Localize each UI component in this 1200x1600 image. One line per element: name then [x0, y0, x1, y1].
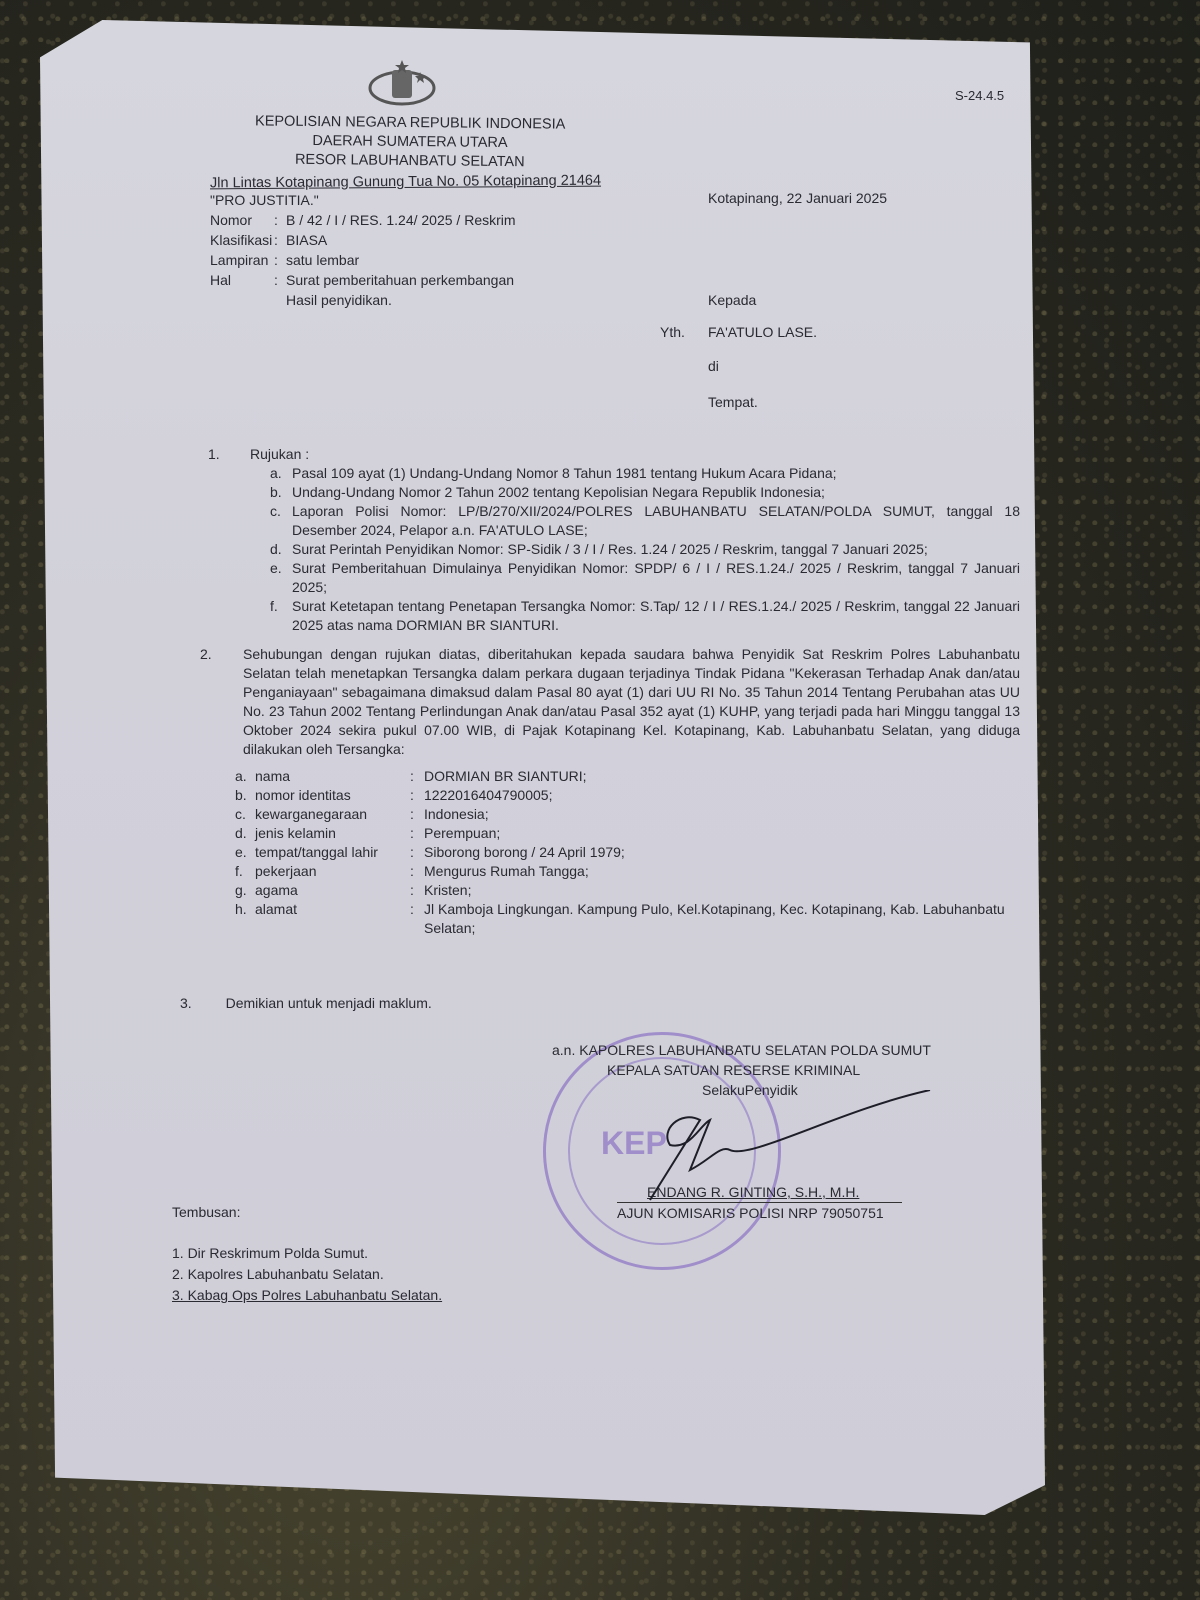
meta-row: Lampiran:satu lembar — [210, 250, 516, 270]
letterhead-line3: RESOR LABUHANBATU SELATAN — [240, 150, 580, 173]
letterhead-line1: KEPOLISIAN NEGARA REPUBLIK INDONESIA — [240, 112, 580, 135]
suspect-field: b.nomor identitas:1222016404790005; — [235, 786, 1020, 805]
meta-row: Hal:Surat pemberitahuan perkembangan — [210, 270, 516, 290]
recipient-name: FA'ATULO LASE. — [708, 322, 817, 342]
rujukan-item: d.Surat Perintah Penyidikan Nomor: SP-Si… — [270, 540, 1020, 559]
pro-justitia: "PRO JUSTITIA." — [210, 190, 516, 210]
suspect-field: a.nama:DORMIAN BR SIANTURI; — [235, 767, 1020, 786]
sign-line1: a.n. KAPOLRES LABUHANBATU SELATAN POLDA … — [552, 1040, 972, 1060]
recipient-block: Kepada Yth.FA'ATULO LASE. di Tempat. — [660, 290, 817, 412]
tempat-label: Tempat. — [708, 392, 758, 412]
suspect-field: e.tempat/tanggal lahir:Siborong borong /… — [235, 843, 1020, 862]
tembusan-item: 2. Kapolres Labuhanbatu Selatan. — [172, 1264, 442, 1285]
section-2-text: Sehubungan dengan rujukan diatas, diberi… — [243, 645, 1020, 759]
tembusan-item: 3. Kabag Ops Polres Labuhanbatu Selatan. — [172, 1285, 442, 1306]
section-3: 3. Demikian untuk menjadi maklum. — [180, 993, 432, 1013]
meta-row: Hasil penyidikan. — [210, 290, 516, 310]
rujukan-item: f.Surat Ketetapan tentang Penetapan Ters… — [270, 597, 1020, 635]
rujukan-item: e.Surat Pemberitahuan Dimulainya Penyidi… — [270, 559, 1020, 597]
police-emblem-icon — [362, 58, 442, 108]
letter-body: 1. Rujukan : a.Pasal 109 ayat (1) Undang… — [200, 445, 1020, 938]
rujukan-item: c.Laporan Polisi Nomor: LP/B/270/XII/202… — [270, 502, 1020, 540]
suspect-identity-list: a.nama:DORMIAN BR SIANTURI;b.nomor ident… — [235, 767, 1020, 938]
section-1-title: Rujukan : — [250, 445, 1020, 464]
suspect-field: c.kewarganegaraan:Indonesia; — [235, 805, 1020, 824]
suspect-field: h.alamat:Jl Kamboja Lingkungan. Kampung … — [235, 900, 1020, 938]
letter-meta: "PRO JUSTITIA." Nomor:B / 42 / I / RES. … — [210, 190, 516, 310]
rujukan-list: a.Pasal 109 ayat (1) Undang-Undang Nomor… — [270, 464, 1020, 635]
suspect-field: g.agama:Kristen; — [235, 881, 1020, 900]
handwritten-signature-icon — [640, 1090, 940, 1210]
suspect-field: d.jenis kelamin:Perempuan; — [235, 824, 1020, 843]
tembusan-item: 1. Dir Reskrimum Polda Sumut. — [172, 1243, 442, 1264]
kepada-label: Kepada — [708, 290, 756, 310]
letter-document: S-24.4.5 KEPOLISIAN NEGARA REPUBLIK INDO… — [0, 0, 1200, 1600]
document-code: S-24.4.5 — [955, 86, 1004, 106]
meta-row: Nomor:B / 42 / I / RES. 1.24/ 2025 / Res… — [210, 210, 516, 230]
place-date: Kotapinang, 22 Januari 2025 — [708, 188, 887, 208]
tembusan-title: Tembusan: — [172, 1202, 442, 1223]
letterhead: KEPOLISIAN NEGARA REPUBLIK INDONESIA DAE… — [240, 112, 581, 173]
rujukan-item: a.Pasal 109 ayat (1) Undang-Undang Nomor… — [270, 464, 1020, 483]
section-2: 2. Sehubungan dengan rujukan diatas, dib… — [200, 645, 1020, 938]
di-label: di — [708, 356, 719, 376]
suspect-field: f.pekerjaan:Mengurus Rumah Tangga; — [235, 862, 1020, 881]
yth-label: Yth. — [660, 322, 708, 342]
section-1: 1. Rujukan : a.Pasal 109 ayat (1) Undang… — [200, 445, 1020, 635]
tembusan-block: Tembusan: 1. Dir Reskrimum Polda Sumut. … — [172, 1202, 442, 1306]
rujukan-item: b.Undang-Undang Nomor 2 Tahun 2002 tenta… — [270, 483, 1020, 502]
sign-line2: KEPALA SATUAN RESERSE KRIMINAL — [607, 1060, 972, 1080]
closing-text: Demikian untuk menjadi maklum. — [226, 995, 432, 1011]
meta-row: Klasifikasi:BIASA — [210, 230, 516, 250]
